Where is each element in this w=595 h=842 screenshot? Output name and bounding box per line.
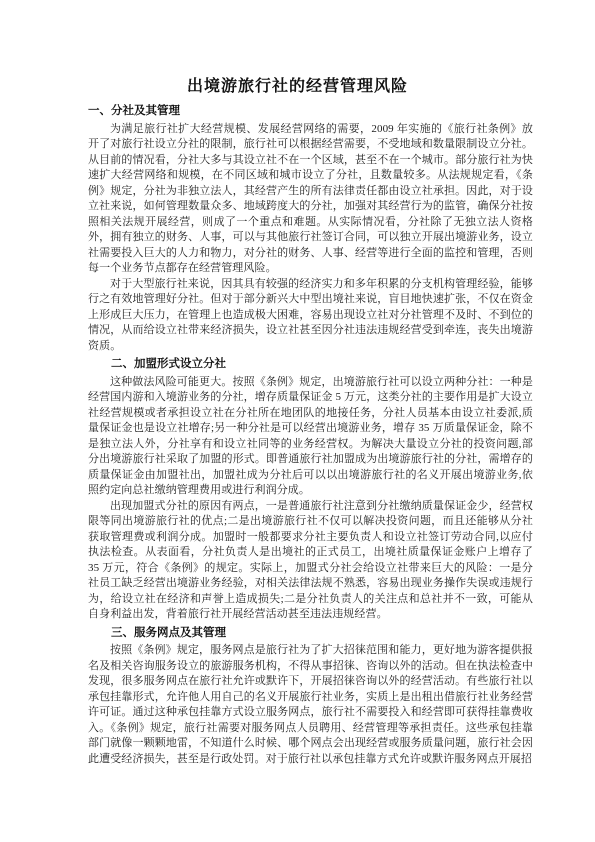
page-title: 出境游旅行社的经营管理风险 xyxy=(0,0,595,98)
document-body: 一、分社及其管理 为满足旅行社扩大经营规模、发展经营网络的需要，2009 年实施… xyxy=(88,104,533,767)
section-heading-franchise-branches: 二、加盟形式设立分社 xyxy=(88,357,533,373)
paragraph: 按照《条例》规定，服务网点是旅行社为了扩大招徕范围和能力，更好地为游客提供报名及… xyxy=(88,643,533,767)
section-heading-branch-offices: 一、分社及其管理 xyxy=(88,104,533,120)
paragraph: 出现加盟式分社的原因有两点，一是普通旅行社注意到分社缴纳质量保证金少，经营权限等… xyxy=(88,499,533,623)
paragraph: 为满足旅行社扩大经营规模、发展经营网络的需要，2009 年实施的《旅行社条例》放… xyxy=(88,122,533,277)
paragraph: 这种做法风险可能更大。按照《条例》规定，出境游旅行社可以设立两种分社：一种是经营… xyxy=(88,375,533,499)
document-page: 出境游旅行社的经营管理风险 一、分社及其管理 为满足旅行社扩大经营规模、发展经营… xyxy=(0,0,595,842)
section-heading-service-outlets: 三、服务网点及其管理 xyxy=(88,626,533,642)
paragraph: 对于大型旅行社来说，因其具有较强的经济实力和多年积累的分支机构管理经验，能够行之… xyxy=(88,277,533,355)
